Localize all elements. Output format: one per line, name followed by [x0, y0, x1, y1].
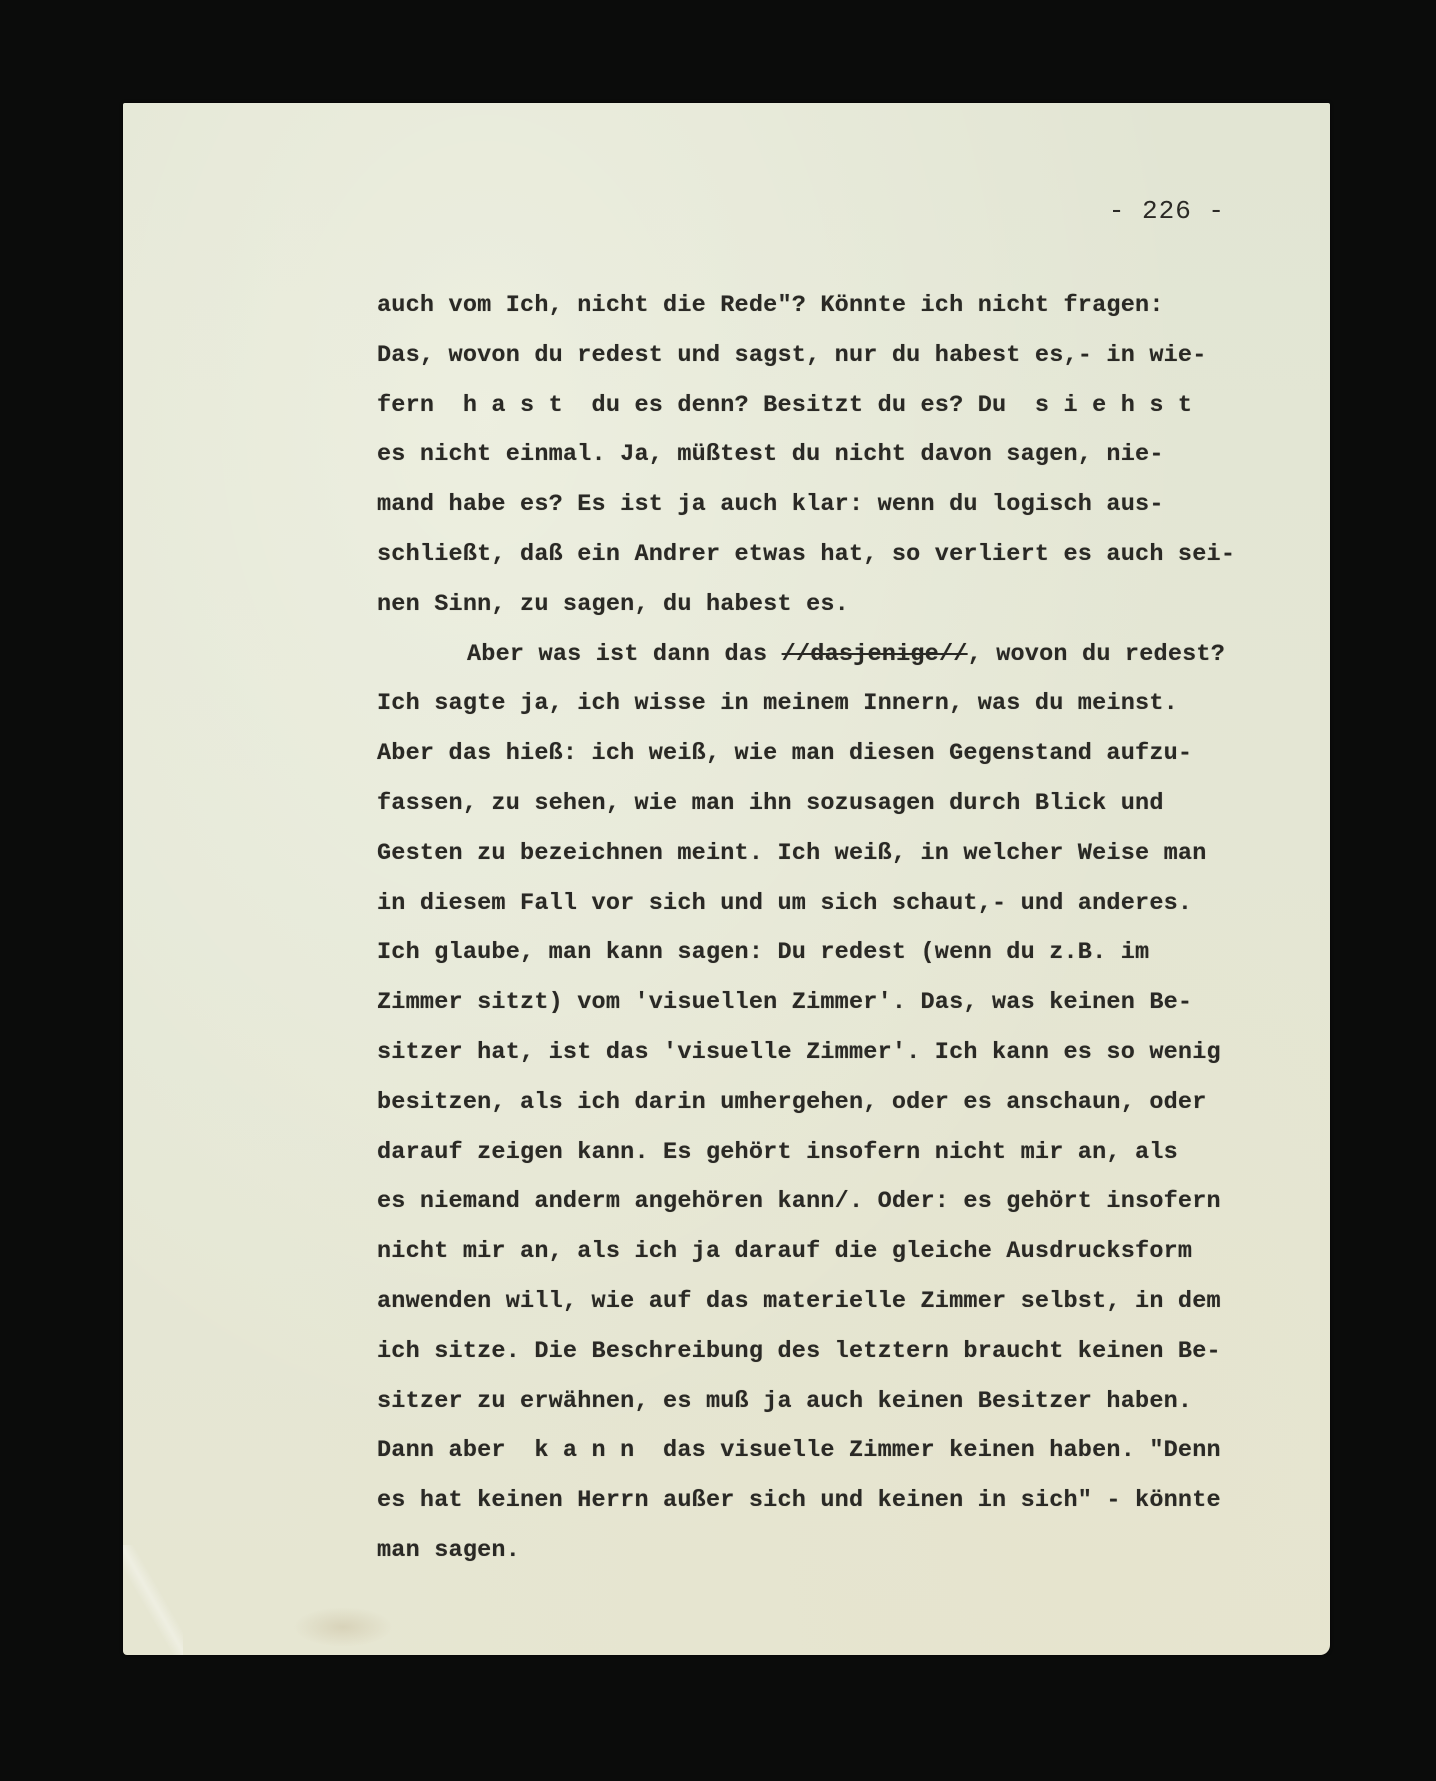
- text-line: es hat keinen Herrn außer sich und keine…: [377, 1476, 1277, 1526]
- text-line: anwenden will, wie auf das materielle Zi…: [377, 1277, 1277, 1327]
- text-line: Gesten zu bezeichnen meint. Ich weiß, in…: [377, 829, 1277, 879]
- text-line: darauf zeigen kann. Es gehört insofern n…: [377, 1128, 1277, 1178]
- typewritten-page: - 226 - auch vom Ich, nicht die Rede"? K…: [123, 103, 1330, 1655]
- body-text: auch vom Ich, nicht die Rede"? Könnte ic…: [377, 281, 1277, 1576]
- page-number: - 226 -: [1109, 196, 1225, 226]
- paper-stain: [293, 1607, 393, 1647]
- text-line: man sagen.: [377, 1526, 1277, 1576]
- paper-crease: [123, 1545, 183, 1655]
- text-line: Ich sagte ja, ich wisse in meinem Innern…: [377, 679, 1277, 729]
- text-line: schließt, daß ein Andrer etwas hat, so v…: [377, 530, 1277, 580]
- text-line: Aber das hieß: ich weiß, wie man diesen …: [377, 729, 1277, 779]
- text-line: besitzen, als ich darin umhergehen, oder…: [377, 1078, 1277, 1128]
- text-line: nen Sinn, zu sagen, du habest es.: [377, 580, 1277, 630]
- text-fragment: Aber was ist dann das: [467, 641, 782, 668]
- text-line: Ich glaube, man kann sagen: Du redest (w…: [377, 928, 1277, 978]
- text-line: es nicht einmal. Ja, müßtest du nicht da…: [377, 430, 1277, 480]
- paragraph-start-line: Aber was ist dann das //dasjenige//, wov…: [377, 630, 1277, 680]
- struck-through-word: //dasjenige//: [782, 641, 968, 668]
- text-line: mand habe es? Es ist ja auch klar: wenn …: [377, 480, 1277, 530]
- text-line: ich sitze. Die Beschreibung des letztern…: [377, 1327, 1277, 1377]
- text-line: sitzer hat, ist das 'visuelle Zimmer'. I…: [377, 1028, 1277, 1078]
- text-line: Zimmer sitzt) vom 'visuellen Zimmer'. Da…: [377, 978, 1277, 1028]
- text-line: Dann aber k a n n das visuelle Zimmer ke…: [377, 1426, 1277, 1476]
- text-line: fern h a s t du es denn? Besitzt du es? …: [377, 381, 1277, 431]
- text-line: Das, wovon du redest und sagst, nur du h…: [377, 331, 1277, 381]
- text-line: in diesem Fall vor sich und um sich scha…: [377, 879, 1277, 929]
- text-line: auch vom Ich, nicht die Rede"? Könnte ic…: [377, 281, 1277, 331]
- text-fragment: , wovon du redest?: [968, 641, 1225, 668]
- text-line: sitzer zu erwähnen, es muß ja auch keine…: [377, 1377, 1277, 1427]
- text-line: fassen, zu sehen, wie man ihn sozusagen …: [377, 779, 1277, 829]
- text-line: es niemand anderm angehören kann/. Oder:…: [377, 1177, 1277, 1227]
- text-line: nicht mir an, als ich ja darauf die glei…: [377, 1227, 1277, 1277]
